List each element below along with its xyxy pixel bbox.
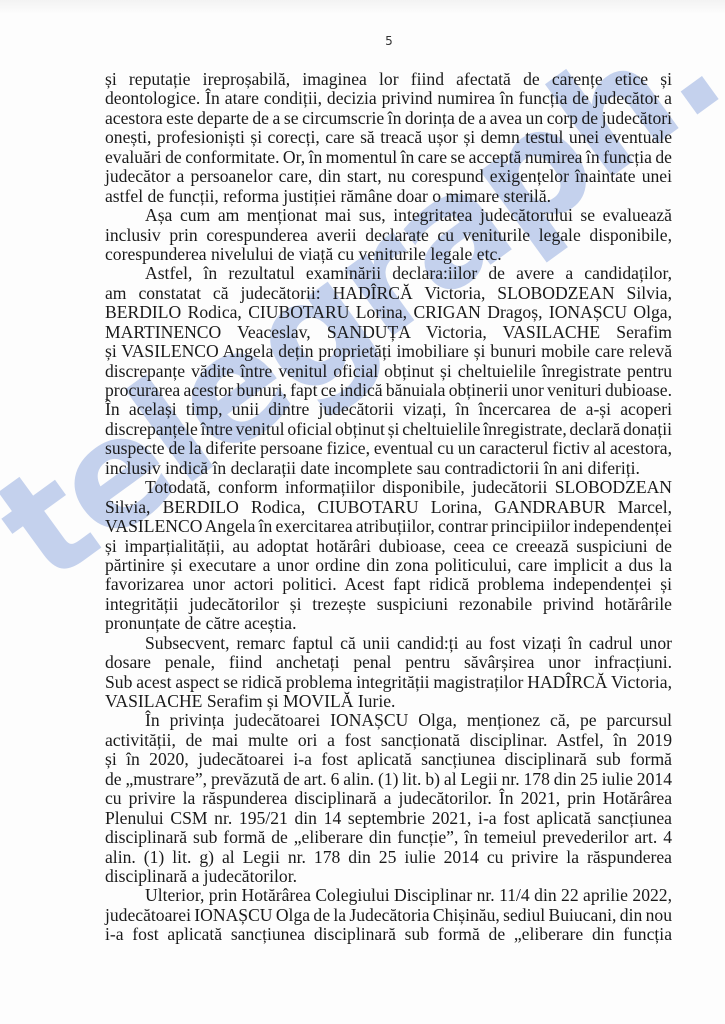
text-line: Silvia, BERDILO Rodica, CIUBOTARU Lorina… [105,498,672,517]
text-line: și VASILENCO Angela dețin proprietăți im… [105,342,672,361]
paragraph-start-line: Ulterior, prin Hotărârea Colegiului Disc… [105,886,672,905]
text-line: și în 2020, judecătoarei i-a fost aplica… [105,750,672,769]
text-line: și reputație ireproșabilă, imaginea lor … [105,70,672,89]
paragraph-start-line: Totodată, conform informațiilor disponib… [105,478,672,497]
paragraph-start-line: Subsecvent, remarc faptul că unii candid… [105,634,672,653]
page-number: 5 [383,34,395,48]
text-line: părtinire și executare a unor ordine din… [105,556,672,575]
document-body: și reputație ireproșabilă, imaginea lor … [105,70,672,945]
text-line: pronunțate de către aceștia. [105,614,672,633]
text-line: În același timp, unii dintre judecătorii… [105,400,672,419]
text-line: discrepanțele între venitul oficial obți… [105,420,672,439]
text-line: și imparțialității, au adoptat hotărâri … [105,537,672,556]
text-line: Sub acest aspect se ridică problema inte… [105,673,672,692]
scan-edge [0,0,725,14]
text-line: am constatat că judecătorii: HADÎRCĂ Vic… [105,284,672,303]
paragraph-start-line: Așa cum am menționat mai sus, integritat… [105,206,672,225]
text-line: BERDILO Rodica, CIUBOTARU Lorina, CRIGAN… [105,303,672,322]
text-line: VASILACHE Serafim și MOVILĂ Iurie. [105,692,672,711]
text-line: inclusiv indică în declarații date incom… [105,459,672,478]
text-line: judecător a persoanelor care, din start,… [105,167,672,186]
text-line: integrității judecătorilor și trezește s… [105,595,672,614]
text-line: disciplinară sub formă de „eliberare din… [105,828,672,847]
text-line: evaluări de conformitate. Or, în momentu… [105,148,672,167]
text-line: activității, de mai multe ori a fost san… [105,731,672,750]
text-line: procurarea acestor bunuri, fapt ce indic… [105,381,672,400]
text-line: astfel de funcții, reforma justiției răm… [105,187,672,206]
text-line: onești, profesioniști și corecți, care s… [105,128,672,147]
text-line: dosare penale, fiind anchetați penal pen… [105,653,672,672]
text-line: i-a fost aplicată sancțiunea disciplinar… [105,925,672,944]
paragraph-start-line: Astfel, în rezultatul examinării declara… [105,264,672,283]
text-line: VASILENCO Angela în exercitarea atribuți… [105,517,672,536]
text-line: inclusiv prin corespunderea averii decla… [105,226,672,245]
text-line: deontologice. În atare condiții, decizia… [105,89,672,108]
text-line: discrepanțe vădite între venitul oficial… [105,362,672,381]
text-line: de „mustrare”, prevăzută de art. 6 alin.… [105,770,672,789]
text-line: acestora este departe de a se circumscri… [105,109,672,128]
text-line: suspecte de la diferite persoane fizice,… [105,439,672,458]
text-line: corespunderea nivelului de viață cu veni… [105,245,672,264]
text-line: favorizarea unor actori politici. Acest … [105,575,672,594]
text-line: disciplinară a judecătorilor. [105,867,672,886]
text-line: cu privire la răspunderea disciplinară a… [105,789,672,808]
paragraph-start-line: În privința judecătoarei IONAȘCU Olga, m… [105,711,672,730]
text-line: MARTINENCO Veaceslav, SANDUȚA Victoria, … [105,323,672,342]
text-line: judecătoarei IONAȘCU Olga de la Judecăto… [105,906,672,925]
text-line: alin. (1) lit. g) al Legii nr. 178 din 2… [105,848,672,867]
text-line: Plenului CSM nr. 195/21 din 14 septembri… [105,809,672,828]
